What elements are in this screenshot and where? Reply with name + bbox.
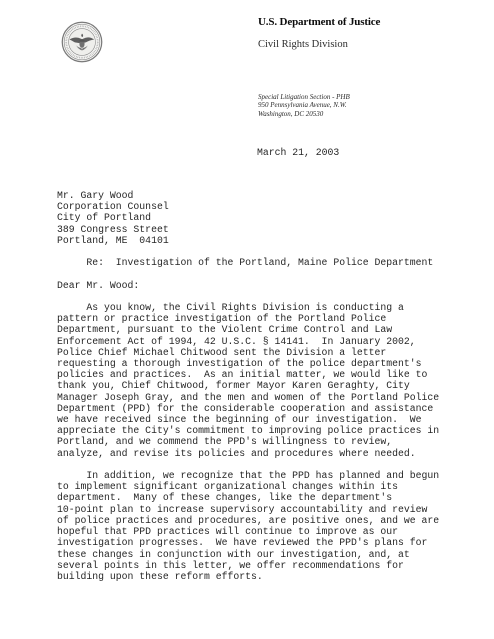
doj-seal-icon [61,21,103,63]
letter-body: Mr. Gary Wood Corporation Counsel City o… [57,190,439,582]
letter-page: U.S. Department of Justice Civil Rights … [0,0,494,639]
agency-title: U.S. Department of Justice [258,16,380,28]
division-name: Civil Rights Division [258,39,348,50]
letter-date: March 21, 2003 [257,147,339,158]
office-address: Special Litigation Section - PHB 950 Pen… [258,93,350,118]
office-address-line: 950 Pennsylvania Avenue, N.W. [258,101,350,109]
office-address-line: Special Litigation Section - PHB [258,93,350,101]
office-address-line: Washington, DC 20530 [258,110,350,118]
